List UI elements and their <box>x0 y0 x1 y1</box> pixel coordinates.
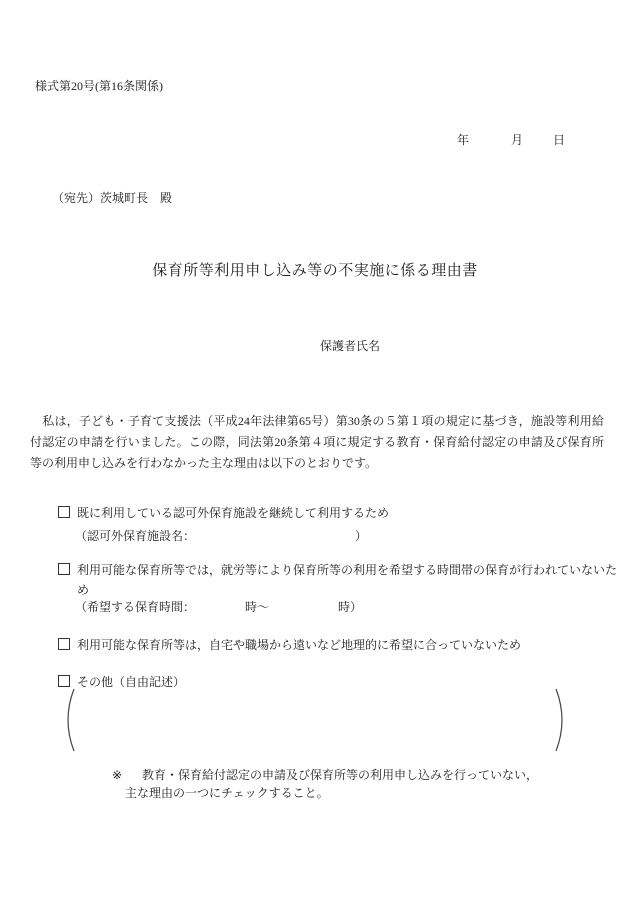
body-paragraph: 私は，子ども・子育て支援法（平成24年法律第65号）第30条の５第１項の規定に基… <box>30 411 604 474</box>
checkbox-reason-3[interactable] <box>58 638 70 650</box>
guardian-name-label: 保護者氏名 <box>320 339 380 353</box>
facility-name-field: （認可外保育施設名：） <box>75 528 367 543</box>
date-month-label: 月 <box>511 133 523 147</box>
reason-item-3: 利用可能な保育所等は，自宅や職場から遠いなど地理的に希望に合っていないため <box>58 635 617 655</box>
addressee: （宛先）茨城町長 殿 <box>52 191 172 205</box>
reason-3-label: 利用可能な保育所等は，自宅や職場から遠いなど地理的に希望に合っていないため <box>77 638 521 652</box>
facility-name-field-close: ） <box>355 529 367 543</box>
checkbox-reason-1[interactable] <box>58 506 70 518</box>
checkbox-reason-4[interactable] <box>58 675 70 687</box>
document-title: 保育所等利用申し込み等の不実施に係る理由書 <box>0 264 630 278</box>
document-page: 様式第20号(第16条関係) 年 月 日 （宛先）茨城町長 殿 保育所等利用申し… <box>0 0 630 903</box>
reason-1-label: 既に利用している認可外保育施設を継続して利用するため <box>77 506 389 520</box>
preferred-time-field-open: （希望する保育時間： <box>75 600 195 614</box>
reason-item-1: 既に利用している認可外保育施設を継続して利用するため <box>58 503 617 523</box>
time-from-blank[interactable] <box>198 600 242 612</box>
facility-name-blank[interactable] <box>195 528 355 540</box>
right-parenthesis-icon <box>554 687 570 753</box>
checkbox-reason-2[interactable] <box>58 563 70 575</box>
form-number: 様式第20号(第16条関係) <box>35 79 163 93</box>
time-from-label: 時～ <box>245 600 269 614</box>
left-parenthesis-icon <box>60 687 76 753</box>
date-day-label: 日 <box>553 133 565 147</box>
footnote-line-2: 主な理由の一つにチェックすること。 <box>125 786 329 800</box>
time-to-label: 時） <box>338 600 362 614</box>
free-text-area[interactable] <box>60 687 570 753</box>
date-year-label: 年 <box>457 133 469 147</box>
reason-item-2: 利用可能な保育所等では，就労等により保育所等の利用を希望する時間帯の保育が行われ… <box>58 560 617 600</box>
footnote-marker: ※ <box>112 768 122 782</box>
facility-name-field-open: （認可外保育施設名： <box>75 529 195 543</box>
reason-2-label: 利用可能な保育所等では，就労等により保育所等の利用を希望する時間帯の保育が行われ… <box>77 563 617 597</box>
footnote-line-1: 教育・保育給付認定の申請及び保育所等の利用申し込みを行っていない， <box>142 768 538 782</box>
time-to-blank[interactable] <box>272 600 334 612</box>
